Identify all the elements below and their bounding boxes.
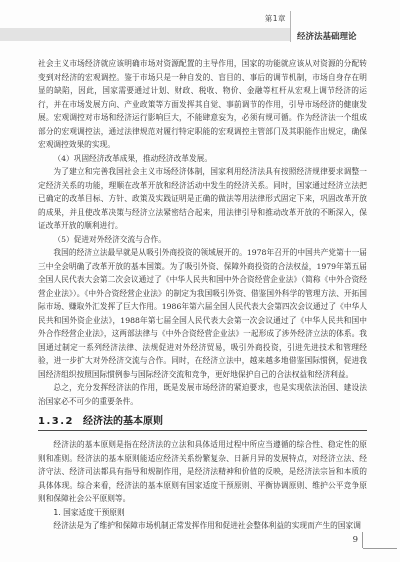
- numbered-subheading: 1. 国家适度干预原则: [38, 506, 367, 520]
- section-heading: 1.3.2经济法的基本原则: [38, 412, 367, 431]
- paragraph: 为了建立和完善我国社会主义市场经济体制，国家利用经济法具有按照经济规律要求调整一…: [38, 165, 367, 233]
- section-title: 经济法的基本原则: [83, 416, 163, 427]
- footer-horizontal-rule: [363, 548, 397, 549]
- body-text: 社会主义市场经济就应该明确市场对资源配置的主导作用，国家的功能就应该从对资源的分…: [38, 57, 367, 533]
- section-number: 1.3.2: [38, 416, 74, 427]
- paragraph: 总之，充分发挥经济法的作用，既是发展市场经济的紧迫要求，也是实现依法治国、建设法…: [38, 381, 367, 408]
- chapter-title: 经济法基础理论: [297, 30, 357, 42]
- header-divider: [290, 11, 291, 42]
- chapter-label: 第1章: [0, 13, 286, 24]
- paragraph: 我国的经济立法最早就是从吸引外商投资的领域展开的。1978年召开的中国共产党第十…: [38, 246, 367, 381]
- page-number: 9: [353, 535, 358, 545]
- paragraph-continuation: 社会主义市场经济就应该明确市场对资源配置的主导作用，国家的功能就应该从对资源的分…: [38, 57, 367, 152]
- chapter-title-bar: [0, 28, 290, 41]
- paragraph: 经济法的基本原则是指在经济法的立法和具体适用过程中所应当遵循的综合性、稳定性的原…: [38, 438, 367, 506]
- book-page: 第1章 经济法基础理论 社会主义市场经济就应该明确市场对资源配置的主导作用，国家…: [0, 0, 400, 562]
- paragraph-cutoff: 经济法是为了维护和保障市场机制正常发挥作用和促进社会整体利益的实现而产生的国家调: [38, 519, 367, 533]
- footer-vertical-rule: [362, 532, 363, 548]
- paragraph-item-4: （4）巩固经济改革成果，推动经济改革发展。: [38, 152, 367, 166]
- page-footer: 9: [0, 532, 400, 554]
- paragraph-item-5: （5）促进对外经济交流与合作。: [38, 233, 367, 247]
